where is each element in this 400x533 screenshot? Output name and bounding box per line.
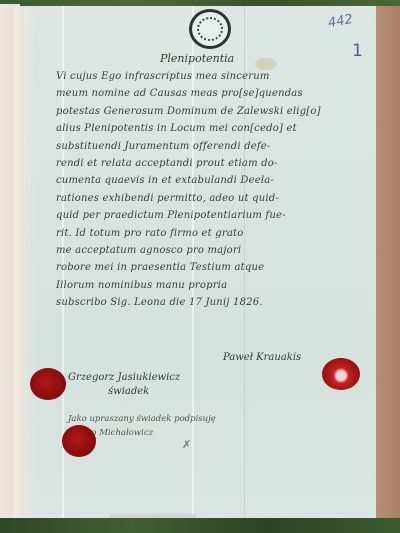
wax-seal-icon [62,425,96,457]
body-line: alius Plenipotentis in Locum mei con[ced… [56,120,356,137]
witness-signature: Grzegorz Jasiukiewicz świadek [68,371,180,399]
folio-number: 1 [352,41,363,61]
body-line: quid per praedictum Plenipotentiarium fu… [56,207,356,224]
principal-signature: Paweł Krauakis [223,352,301,363]
body-line: meum nomine ad Causas meas pro[se]quenda… [56,85,356,102]
body-line: potestas Generosum Dominum de Zalewski e… [56,103,356,120]
witness-role: świadek [68,385,180,399]
document-body: Vi cujus Ego infrascriptus mea sincerum … [56,68,356,312]
body-line: substituendi Juramentum offerendi defe- [56,138,356,155]
body-line: robore mei in praesentia Testium atque [56,259,356,276]
witness-note-line: Jako upraszany świadek podpisuję [68,412,216,426]
ink-stamp-icon: circular ink stamp [189,9,231,49]
cross-mark-icon: ✗ [182,438,191,451]
wax-seal-icon [322,358,360,390]
wax-seal-icon [30,368,66,400]
body-line: Vi cujus Ego infrascriptus mea sincerum [56,68,356,85]
body-line: subscribo Sig. Leona die 17 Junij 1826. [56,294,356,311]
body-line: rit. Id totum pro rato firmo et grato [56,225,356,242]
document-heading: Plenipotentia [160,52,234,65]
witness-name: Grzegorz Jasiukiewicz [68,371,180,385]
body-line: rendi et relata acceptandi prout etiam d… [56,155,356,172]
grass-background-bottom [0,518,400,533]
body-line: me acceptatum agnosco pro majori [56,242,356,259]
body-line: Illorum nominibus manu propria [56,277,356,294]
body-line: rationes exhibendi permitto, adeo ut qui… [56,190,356,207]
body-line: cumenta quaevis in et extabulandi Deela- [56,172,356,189]
